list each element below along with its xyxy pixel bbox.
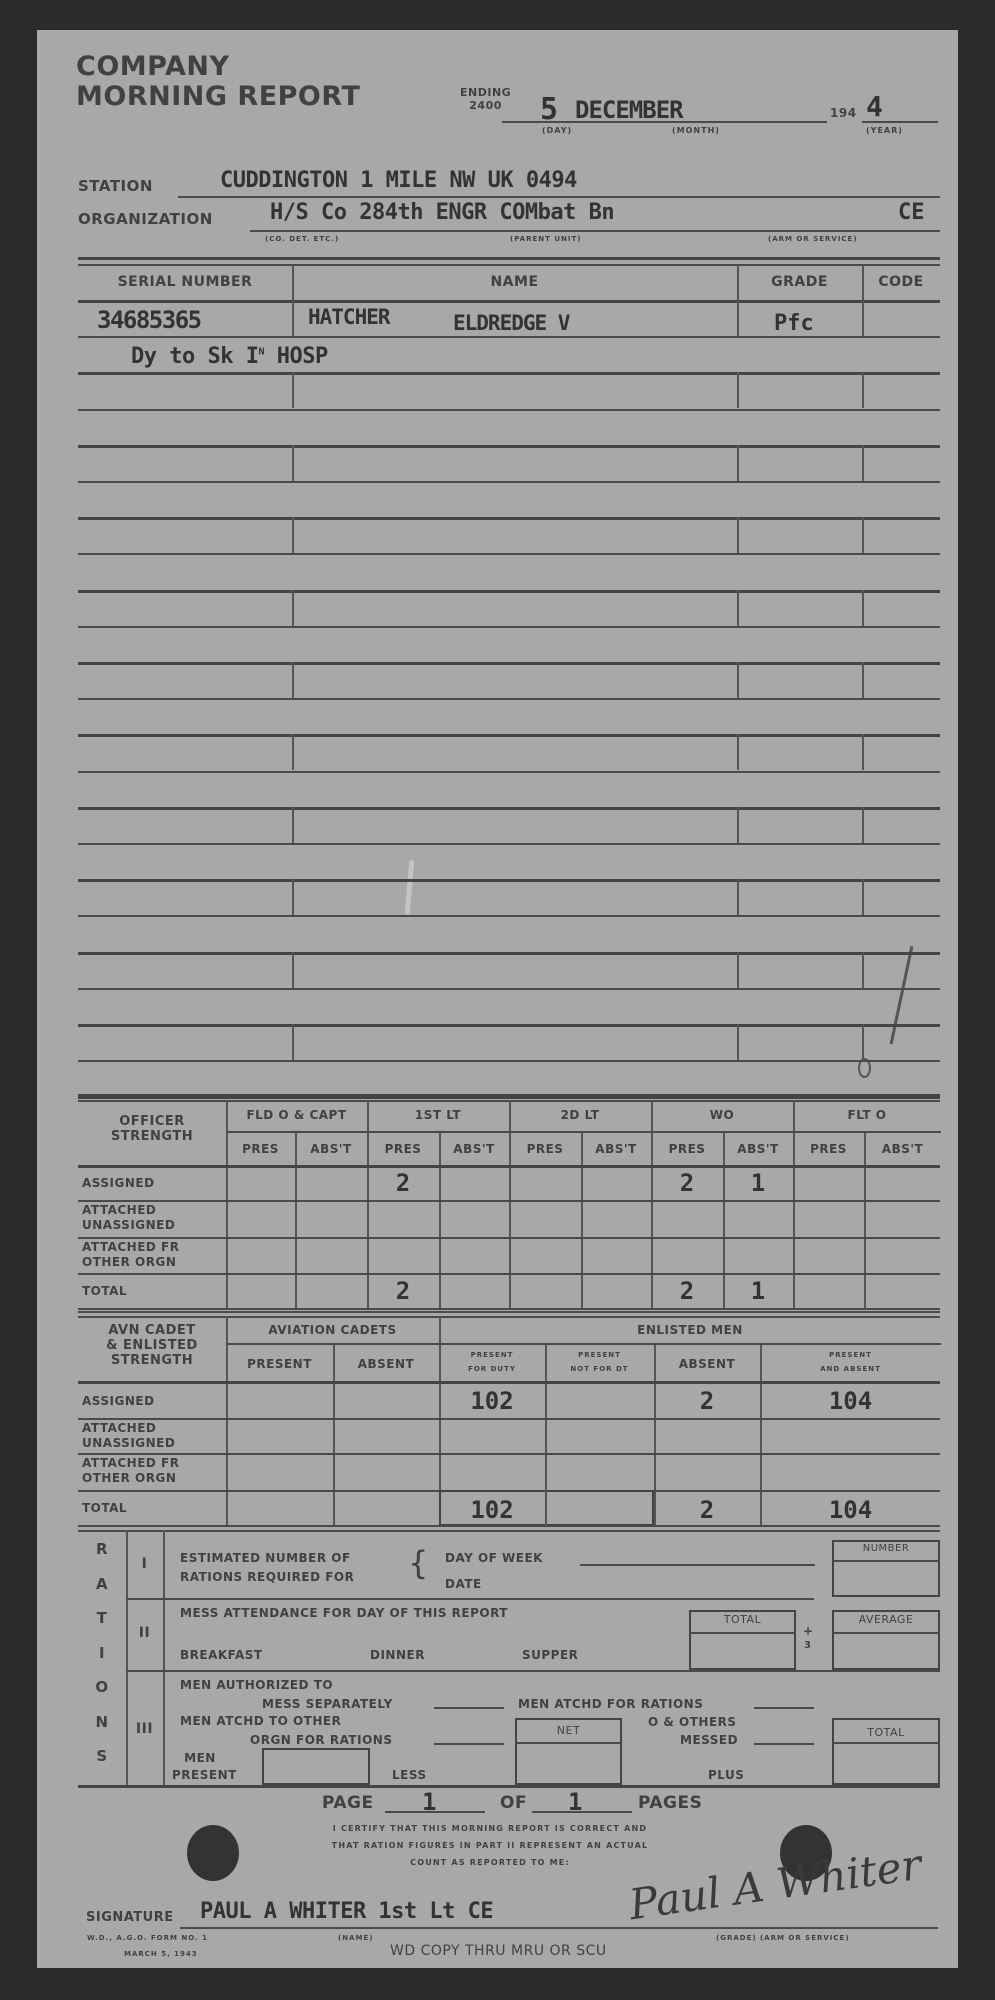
roster-column-divider (737, 590, 739, 626)
entry-last-name: HATCHER (308, 305, 390, 329)
roster-column-divider (862, 662, 864, 698)
roster-column-divider (292, 662, 294, 698)
roster-header-divider (292, 265, 294, 300)
rations-part2-rule (126, 1670, 940, 1672)
month-caption: (MONTH) (672, 126, 720, 135)
rations-numeral-divider (163, 1530, 165, 1785)
officer-cell: 2 (651, 1277, 723, 1305)
total3-box-label: TOTAL (832, 1726, 940, 1739)
officer-group-header: 2D LT (509, 1108, 651, 1122)
officer-row-rule (78, 1165, 940, 1168)
officer-row-label-2: UNASSIGNED (82, 1218, 175, 1232)
enlisted-row-label-2: UNASSIGNED (82, 1436, 175, 1450)
entry-given-names: ELDREDGE V (453, 311, 569, 335)
rations-part1-rule (126, 1598, 814, 1600)
divide-plus: + (803, 1624, 814, 1638)
remark-text: Dy to Sk I (131, 344, 258, 369)
day-caption: (DAY) (542, 126, 572, 135)
ending-time: 2400 (460, 99, 511, 112)
officer-abst-header: ABS'T (295, 1142, 367, 1156)
page-label: PAGE (322, 1793, 374, 1813)
roster-column-divider (292, 879, 294, 915)
atchd-other-1: MEN ATCHD TO OTHER (180, 1714, 341, 1728)
roster-row-rule (78, 952, 940, 955)
roster-column-divider (862, 517, 864, 553)
others-line-1: O & OTHERS (648, 1715, 737, 1729)
roster-column-divider (737, 300, 739, 336)
officer-sub-divider (295, 1131, 297, 1308)
officer-pres-header: PRES (793, 1142, 864, 1156)
name-caption: (NAME) (338, 1934, 373, 1942)
roster-column-divider (862, 300, 864, 336)
present-and-absent-header-1: PRESENT (760, 1351, 941, 1359)
roster-column-divider (737, 517, 739, 553)
binder-hole-left (187, 1825, 239, 1881)
year-prefix: 194 (830, 106, 857, 120)
col-grade: GRADE (737, 274, 862, 290)
roster-row-rule (78, 517, 940, 520)
officer-cell: 2 (367, 1169, 439, 1197)
roster-row-rule (78, 988, 940, 990)
station-underline (178, 196, 940, 198)
enlisted-row-label: ATTACHED (82, 1421, 156, 1435)
officer-row-rule (78, 1308, 940, 1310)
date-label: DATE (445, 1577, 482, 1591)
roster-row-rule (78, 1024, 940, 1027)
report-day: 5 (540, 92, 558, 127)
organization-underline (250, 230, 940, 232)
rations-side-letter: N (78, 1713, 126, 1731)
part2-numeral: II (126, 1625, 163, 1641)
officer-cell: 1 (723, 1169, 793, 1197)
part1-brace: { (408, 1544, 429, 1582)
breakfast-label: BREAKFAST (180, 1648, 263, 1662)
signature-underline (180, 1927, 938, 1929)
rations-side-letter: A (78, 1575, 126, 1593)
officer-subheader-rule (226, 1131, 941, 1133)
rations-side-letter: T (78, 1609, 126, 1627)
officer-group-header: WO (651, 1108, 793, 1122)
roster-row-rule (78, 1060, 940, 1062)
report-month: DECEMBER (575, 96, 683, 124)
roster-column-divider (862, 879, 864, 915)
roster-row-rule (78, 734, 940, 737)
enlisted-cell: 2 (654, 1496, 760, 1524)
enlisted-row-rule (78, 1453, 940, 1455)
officer-row-label: ASSIGNED (82, 1176, 155, 1190)
net-box-rule (515, 1742, 622, 1744)
atchd-other-2: ORGN FOR RATIONS (250, 1733, 392, 1747)
form-id-line-2: MARCH 5, 1943 (124, 1950, 198, 1958)
col-code: CODE (862, 274, 940, 290)
roster-column-divider (862, 734, 864, 770)
roster-header-rule (78, 300, 940, 303)
unit-caption: (CO. DET. ETC.) (265, 235, 339, 243)
enlisted-top-rule (78, 1311, 940, 1313)
copy-note: WD COPY THRU MRU OR SCU (390, 1943, 607, 1959)
present-not-duty-header-2: NOT FOR DT (545, 1365, 654, 1373)
supper-label: SUPPER (522, 1648, 578, 1662)
plus-label: PLUS (708, 1768, 744, 1782)
roster-row-rule (78, 409, 940, 411)
total-present-box (439, 1490, 654, 1526)
enlisted-cell: 104 (760, 1496, 941, 1524)
part2-title: MESS ATTENDANCE FOR DAY OF THIS REPORT (180, 1606, 508, 1620)
part1-line2: RATIONS REQUIRED FOR (180, 1570, 354, 1584)
number-box-label: NUMBER (832, 1543, 940, 1554)
total-box-rule (689, 1632, 796, 1634)
present-for-duty-header-1: PRESENT (439, 1351, 545, 1359)
enlisted-cell: 104 (760, 1387, 941, 1415)
roster-column-divider (862, 1024, 864, 1060)
roster-row-rule (78, 336, 940, 338)
number-box-rule (832, 1560, 940, 1562)
form-id-line-1: W.D., A.G.O. FORM NO. 1 (87, 1934, 208, 1942)
enlisted-top-rule-2 (78, 1316, 940, 1318)
atchd-other-underline (434, 1743, 504, 1745)
roster-row-rule (78, 553, 940, 555)
cadets-group-header: AVIATION CADETS (226, 1323, 439, 1337)
enlisted-column-divider (226, 1316, 228, 1525)
cadet-present-header: PRESENT (226, 1357, 333, 1371)
roster-column-divider (292, 372, 294, 408)
ending-text: ENDING (460, 86, 511, 99)
page-number: 1 (422, 1788, 436, 1816)
roster-column-divider (862, 372, 864, 408)
roster-column-divider (862, 952, 864, 988)
roster-column-divider (737, 1024, 739, 1060)
form-title: COMPANY MORNING REPORT (76, 52, 360, 112)
roster-row-rule (78, 915, 940, 917)
enlisted-row-label-2: OTHER ORGN (82, 1471, 176, 1485)
roster-column-divider (292, 807, 294, 843)
officer-abst-header: ABS'T (439, 1142, 509, 1156)
enlisted-subheader-rule (226, 1343, 941, 1345)
arm-value: CE (898, 200, 925, 225)
organization-value: H/S Co 284th ENGR COMbat Bn (270, 200, 614, 225)
average-box-rule (832, 1632, 940, 1634)
average-box-label: AVERAGE (832, 1613, 940, 1626)
arm-caption: (ARM OR SERVICE) (768, 235, 858, 243)
officer-row-label: ATTACHED (82, 1203, 156, 1217)
cert-line-1: I CERTIFY THAT THIS MORNING REPORT IS CO… (290, 1820, 690, 1837)
total3-box-rule (832, 1742, 940, 1744)
officer-row-label-2: OTHER ORGN (82, 1255, 176, 1269)
enlisted-title-1: AVN CADET (78, 1323, 226, 1338)
organization-label: ORGANIZATION (78, 210, 213, 228)
roster-row-rule (78, 445, 940, 448)
roster-column-divider (862, 590, 864, 626)
auth-line-2: MESS SEPARATELY (262, 1697, 393, 1711)
total-present-box-divider (545, 1490, 547, 1526)
title-line-1: COMPANY (76, 52, 360, 82)
entry-serial: 34685365 (97, 306, 201, 334)
day-of-week-label: DAY OF WEEK (445, 1551, 543, 1565)
officer-row-rule (78, 1237, 940, 1239)
officer-pres-header: PRES (651, 1142, 723, 1156)
officer-pres-header: PRES (509, 1142, 581, 1156)
part1-numeral: I (126, 1556, 163, 1572)
roster-column-divider (292, 734, 294, 770)
mess-separately-underline (434, 1707, 504, 1709)
men-present-2: PRESENT (172, 1768, 237, 1782)
roster-row-rule (78, 1096, 940, 1099)
officer-row-rule (78, 1273, 940, 1275)
roster-column-divider (862, 807, 864, 843)
roster-row-rule (78, 879, 940, 882)
present-for-duty-header-2: FOR DUTY (439, 1365, 545, 1373)
pages-label: PAGES (638, 1793, 702, 1813)
present-and-absent-header-2: AND ABSENT (760, 1365, 941, 1373)
less-label: LESS (392, 1768, 427, 1782)
cert-line-2: THAT RATION FIGURES IN PART II REPRESENT… (290, 1837, 690, 1854)
year-caption: (YEAR) (866, 126, 903, 135)
enlisted-cell: 102 (439, 1387, 545, 1415)
roster-header-divider (737, 265, 739, 300)
men-present-1: MEN (170, 1751, 230, 1765)
roster-column-divider (737, 445, 739, 481)
officer-sub-divider (581, 1131, 583, 1308)
rations-top-rule (78, 1530, 940, 1532)
atchd-rations-underline (754, 1707, 814, 1709)
remark-tail: HOSP (277, 344, 328, 369)
men-present-box (262, 1748, 370, 1785)
officer-row-rule (78, 1200, 940, 1202)
col-name: NAME (292, 274, 737, 290)
page-total: 1 (568, 1788, 582, 1816)
auth-line-1: MEN AUTHORIZED TO (180, 1678, 333, 1692)
absent-header: ABSENT (654, 1357, 760, 1371)
roster-top-rule (78, 257, 940, 260)
present-not-duty-header-1: PRESENT (545, 1351, 654, 1359)
officer-pres-header: PRES (226, 1142, 295, 1156)
officer-pres-header: PRES (367, 1142, 439, 1156)
others-line-2: MESSED (680, 1733, 738, 1747)
roster-row-rule (78, 843, 940, 845)
rations-side-letter: R (78, 1540, 126, 1558)
enlisted-row-label: TOTAL (82, 1501, 127, 1515)
signer-name: PAUL A WHITER 1st Lt CE (200, 1899, 493, 1924)
roster-column-divider (292, 445, 294, 481)
report-year: 4 (866, 90, 883, 123)
col-serial-number: SERIAL NUMBER (78, 274, 292, 290)
officer-strength-title: OFFICER STRENGTH (78, 1114, 226, 1144)
officer-cell: 1 (723, 1277, 793, 1305)
roster-column-divider (292, 517, 294, 553)
enlisted-row-label: ASSIGNED (82, 1394, 155, 1408)
roster-header-divider (862, 265, 864, 300)
officer-cell: 2 (367, 1277, 439, 1305)
roster-row-rule (78, 771, 940, 773)
enlisted-row-label: ATTACHED FR (82, 1456, 179, 1470)
enlisted-group-header: ENLISTED MEN (439, 1323, 941, 1337)
enlisted-strength-title: AVN CADET & ENLISTED STRENGTH (78, 1323, 226, 1368)
rations-side-letter: S (78, 1747, 126, 1765)
others-underline (754, 1743, 814, 1745)
day-of-week-underline (580, 1564, 815, 1566)
officer-abst-header: ABS'T (581, 1142, 651, 1156)
enlisted-title-3: STRENGTH (78, 1353, 226, 1368)
atchd-rations-label: MEN ATCHD FOR RATIONS (518, 1697, 703, 1711)
officer-abst-header: ABS'T (723, 1142, 793, 1156)
officer-cell: 2 (651, 1169, 723, 1197)
divide-three: 3 (804, 1640, 811, 1651)
roster-row-rule (78, 481, 940, 483)
roster-row-rule (78, 590, 940, 593)
officer-sub-divider (439, 1131, 441, 1308)
ending-label: ENDING 2400 (460, 86, 511, 112)
roster-column-divider (737, 952, 739, 988)
remark-superscript: N (258, 347, 264, 358)
roster-column-divider (737, 807, 739, 843)
roster-column-divider (292, 300, 294, 336)
part1-line1: ESTIMATED NUMBER OF (180, 1551, 351, 1565)
officer-group-header: 1ST LT (367, 1108, 509, 1122)
dinner-label: DINNER (370, 1648, 425, 1662)
roster-top-rule-2 (78, 264, 940, 266)
cert-line-3: COUNT AS REPORTED TO ME: (290, 1854, 690, 1871)
rations-side-letter: O (78, 1678, 126, 1696)
station-value: CUDDINGTON 1 MILE NW UK 0494 (220, 168, 577, 193)
net-box-label: NET (515, 1724, 622, 1737)
certification-text: I CERTIFY THAT THIS MORNING REPORT IS CO… (290, 1820, 690, 1871)
officer-title-2: STRENGTH (78, 1129, 226, 1144)
roster-row-rule (78, 372, 940, 375)
cadet-absent-header: ABSENT (333, 1357, 439, 1371)
roster-column-divider (292, 952, 294, 988)
enlisted-row-rule (78, 1418, 940, 1420)
roster-column-divider (292, 1024, 294, 1060)
officer-row-label: ATTACHED FR (82, 1240, 179, 1254)
entry-grade: Pfc (774, 311, 814, 336)
roster-column-divider (737, 879, 739, 915)
officer-sub-divider (864, 1131, 866, 1308)
officer-abst-header: ABS'T (864, 1142, 941, 1156)
officer-title-1: OFFICER (78, 1114, 226, 1129)
parent-unit-caption: (PARENT UNIT) (510, 235, 581, 243)
roster-column-divider (862, 445, 864, 481)
roster-column-divider (737, 734, 739, 770)
officer-row-label: TOTAL (82, 1284, 127, 1298)
entry-remark: Dy to Sk IN HOSP (131, 344, 328, 369)
roster-column-divider (292, 590, 294, 626)
part3-numeral: III (126, 1721, 163, 1737)
rations-side-letter: I (78, 1644, 126, 1662)
roster-row-rule (78, 807, 940, 810)
officer-group-header: FLD O & CAPT (226, 1108, 367, 1122)
enlisted-title-2: & ENLISTED (78, 1338, 226, 1353)
enlisted-cell: 2 (654, 1387, 760, 1415)
roster-row-rule (78, 662, 940, 665)
enlisted-row-rule (78, 1381, 940, 1384)
signature-label: SIGNATURE (86, 1910, 174, 1925)
roster-row-rule (78, 698, 940, 700)
roster-row-rule (78, 626, 940, 628)
station-label: STATION (78, 177, 153, 195)
officer-group-header: FLT O (793, 1108, 941, 1122)
of-label: OF (500, 1793, 527, 1813)
title-line-2: MORNING REPORT (76, 82, 360, 112)
grade-caption: (GRADE) (ARM OR SERVICE) (716, 1934, 850, 1942)
roster-column-divider (737, 372, 739, 408)
rations-bottom-rule (78, 1785, 940, 1788)
roster-column-divider (737, 662, 739, 698)
total-box-label: TOTAL (689, 1613, 796, 1626)
